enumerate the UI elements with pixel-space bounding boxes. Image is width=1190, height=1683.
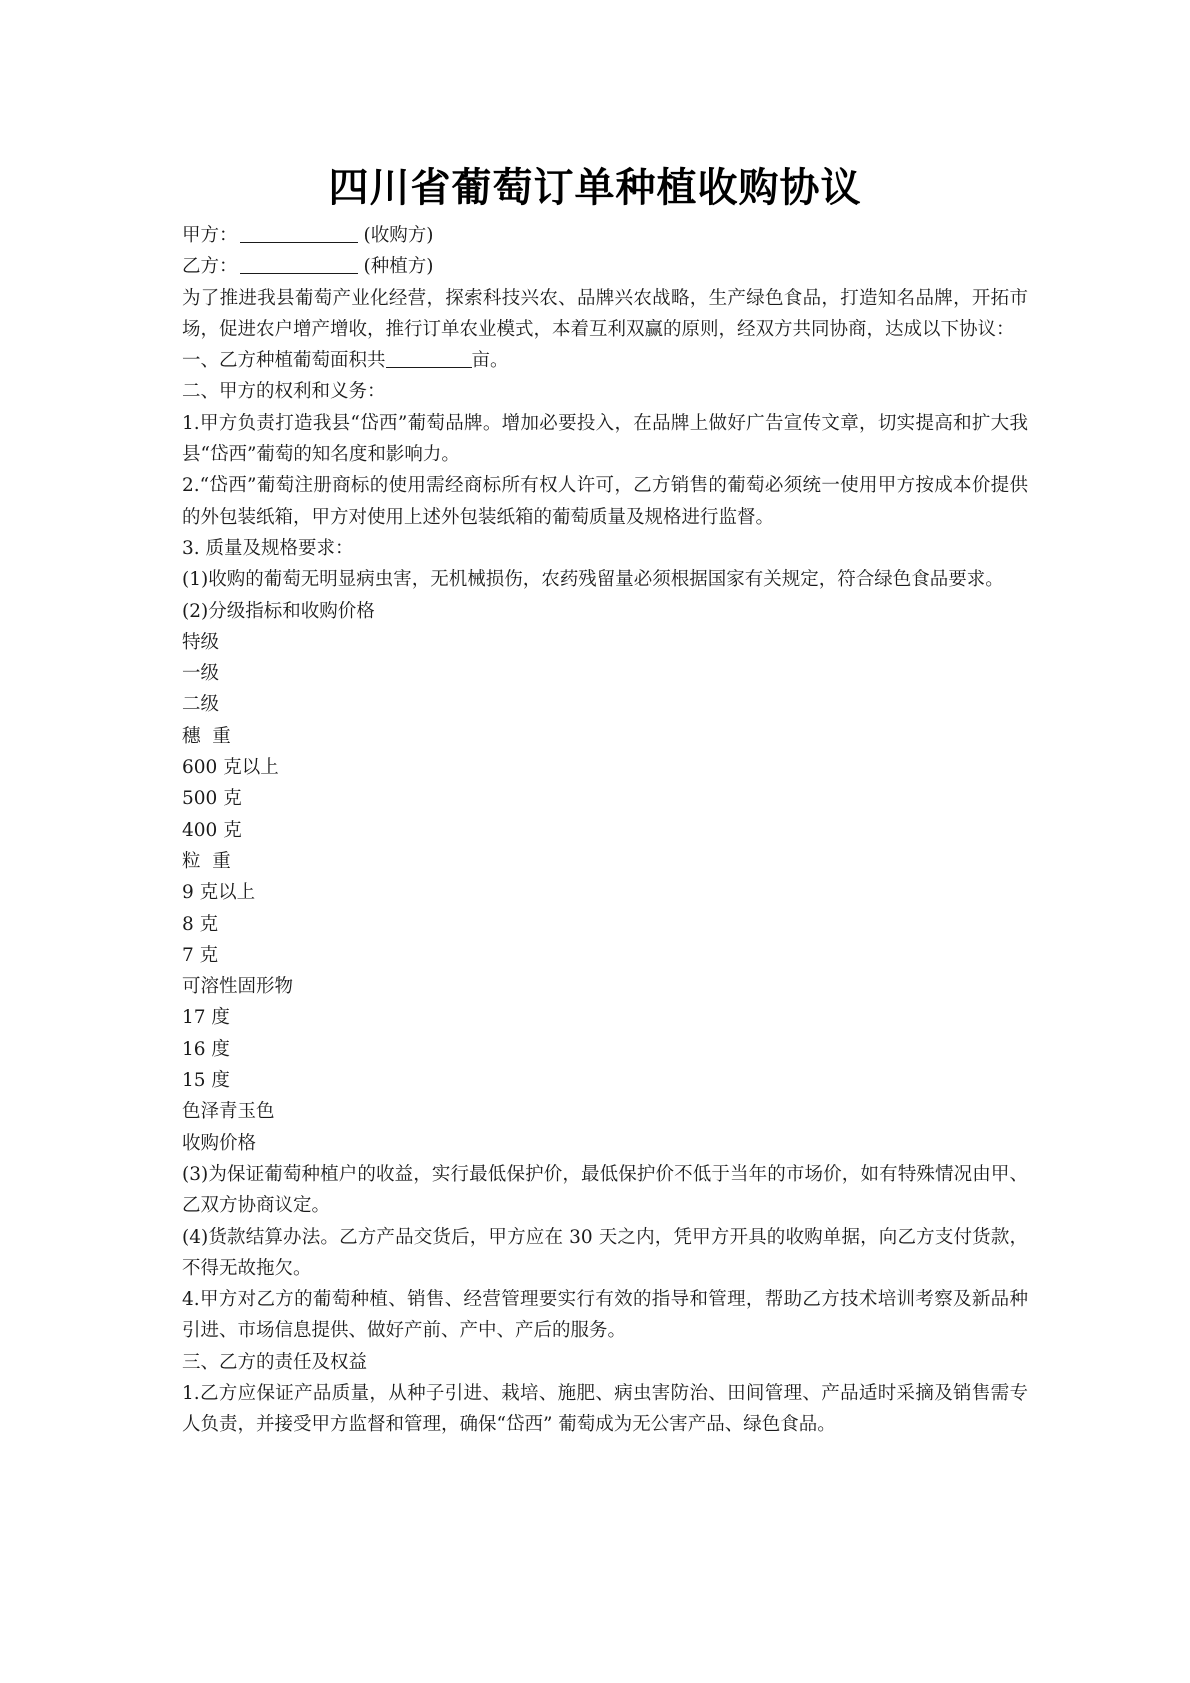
document-page: 四川省葡萄订单种植收购协议 甲方：(收购方) 乙方：(种植方) 为了推进我县葡萄… [0,0,1190,1683]
grading-cell: 穗 重 [182,721,1028,752]
section-2-item-2: 2.“岱西”葡萄注册商标的使用需经商标所有权人许可，乙方销售的葡萄必须统一使用甲… [182,470,1028,533]
area-blank[interactable] [386,349,472,369]
grading-cell: 二级 [182,689,1028,720]
grading-cell: 色泽青玉色 [182,1096,1028,1127]
section-2-item-3-3: (3)为保证葡萄种植户的收益，实行最低保护价，最低保护价不低于当年的市场价，如有… [182,1159,1028,1222]
party-a-line: 甲方：(收购方) [182,220,1028,251]
grading-cell: 粒 重 [182,846,1028,877]
grading-cell: 17 度 [182,1002,1028,1033]
section-1-suffix: 亩。 [472,350,509,371]
section-2-item-3-2: (2)分级指标和收购价格 [182,596,1028,627]
party-b-label: 乙方： [182,256,238,277]
party-b-role: (种植方) [364,256,434,277]
section-1-prefix: 一、乙方种植葡萄面积共 [182,350,386,371]
grading-table: 特级 一级 二级 穗 重 600 克以上 500 克 400 克 粒 重 9 克… [182,627,1028,1159]
section-2-item-4: 4.甲方对乙方的葡萄种植、销售、经营管理要实行有效的指导和管理，帮助乙方技术培训… [182,1284,1028,1347]
grading-cell: 收购价格 [182,1128,1028,1159]
grading-cell: 8 克 [182,909,1028,940]
document-body: 甲方：(收购方) 乙方：(种植方) 为了推进我县葡萄产业化经营，探索科技兴农、品… [182,220,1028,1441]
section-2-item-3-4: (4)货款结算办法。乙方产品交货后，甲方应在 30 天之内，凭甲方开具的收购单据… [182,1222,1028,1285]
grading-cell: 特级 [182,627,1028,658]
party-b-line: 乙方：(种植方) [182,251,1028,282]
grading-cell: 500 克 [182,783,1028,814]
section-2-heading: 二、甲方的权利和义务： [182,376,1028,407]
party-b-blank[interactable] [240,255,358,275]
grading-cell: 一级 [182,658,1028,689]
section-2-item-3-1: (1)收购的葡萄无明显病虫害，无机械损伤，农药残留量必须根据国家有关规定，符合绿… [182,564,1028,595]
section-2-item-1: 1.甲方负责打造我县“岱西”葡萄品牌。增加必要投入，在品牌上做好广告宣传文章，切… [182,408,1028,471]
grading-cell: 可溶性固形物 [182,971,1028,1002]
grading-cell: 7 克 [182,940,1028,971]
grading-cell: 15 度 [182,1065,1028,1096]
grading-cell: 600 克以上 [182,752,1028,783]
section-3-heading: 三、乙方的责任及权益 [182,1347,1028,1378]
party-a-label: 甲方： [182,225,238,246]
grading-cell: 16 度 [182,1034,1028,1065]
party-a-blank[interactable] [240,224,358,244]
section-1-line: 一、乙方种植葡萄面积共亩。 [182,345,1028,376]
party-a-role: (收购方) [364,225,434,246]
document-title: 四川省葡萄订单种植收购协议 [0,160,1190,216]
preamble: 为了推进我县葡萄产业化经营，探索科技兴农、品牌兴农战略，生产绿色食品，打造知名品… [182,283,1028,346]
section-3-item-1: 1.乙方应保证产品质量，从种子引进、栽培、施肥、病虫害防治、田间管理、产品适时采… [182,1378,1028,1441]
grading-cell: 9 克以上 [182,877,1028,908]
section-2-item-3-heading: 3. 质量及规格要求： [182,533,1028,564]
grading-cell: 400 克 [182,815,1028,846]
